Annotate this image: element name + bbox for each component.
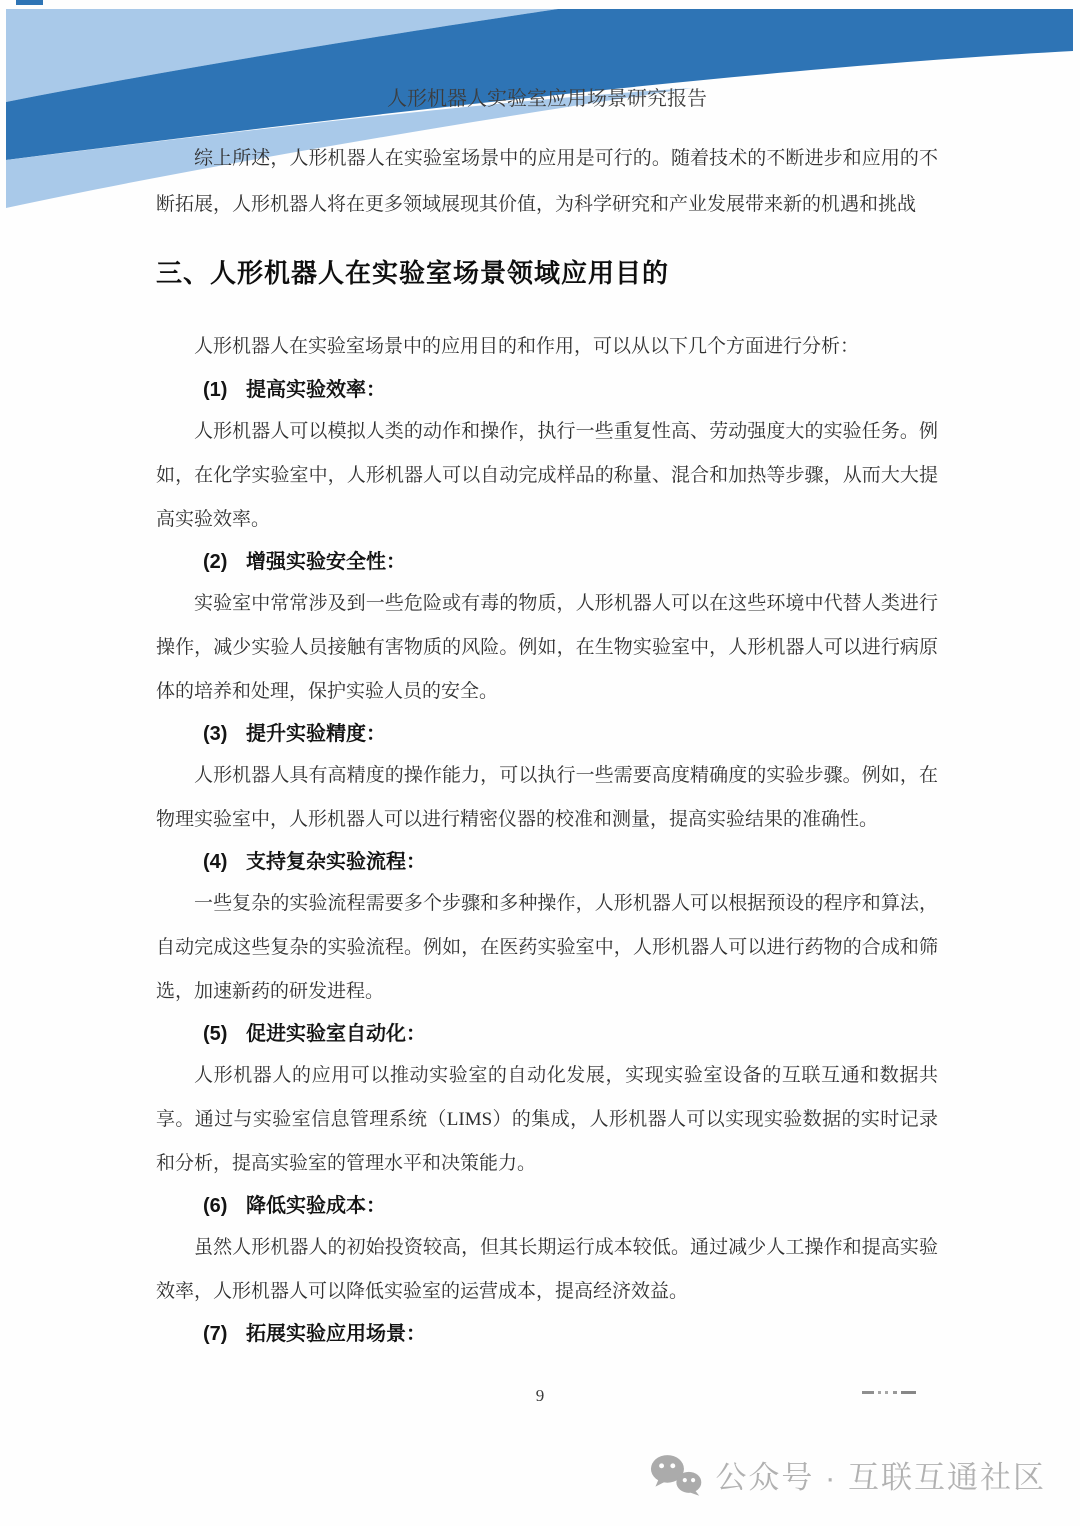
item-title: 提高实验效率： [246, 379, 386, 401]
item-3-heading: (3)提升实验精度： [203, 714, 938, 754]
item-7-heading: (7)拓展实验应用场景： [203, 1314, 938, 1354]
item-1-heading: (1)提高实验效率： [203, 370, 938, 410]
item-4-heading: (4)支持复杂实验流程： [203, 842, 938, 882]
item-title: 拓展实验应用场景： [246, 1323, 426, 1345]
item-6-body: 虽然人形机器人的初始投资较高，但其长期运行成本较低。通过减少人工操作和提高实验效… [156, 1226, 938, 1314]
item-number: (1) [203, 370, 229, 410]
item-number: (4) [203, 842, 229, 882]
list-item: (3)提升实验精度： 人形机器人具有高精度的操作能力，可以执行一些需要高度精确度… [156, 714, 938, 842]
page-number: 9 [0, 1386, 1080, 1406]
item-number: (7) [203, 1314, 229, 1354]
item-2-body: 实验室中常常涉及到一些危险或有毒的物质，人形机器人可以在这些环境中代替人类进行操… [156, 582, 938, 714]
item-6-heading: (6)降低实验成本： [203, 1186, 938, 1226]
item-number: (5) [203, 1014, 229, 1054]
list-item: (6)降低实验成本： 虽然人形机器人的初始投资较高，但其长期运行成本较低。通过减… [156, 1186, 938, 1314]
item-1-body: 人形机器人可以模拟人类的动作和操作，执行一些重复性高、劳动强度大的实验任务。例如… [156, 410, 938, 542]
page-header-title: 人形机器人实验室应用场景研究报告 [156, 84, 938, 114]
item-title: 增强实验安全性： [246, 551, 406, 573]
item-3-body: 人形机器人具有高精度的操作能力，可以执行一些需要高度精确度的实验步骤。例如，在物… [156, 754, 938, 842]
intro-paragraph: 综上所述，人形机器人在实验室场景中的应用是可行的。随着技术的不断进步和应用的不断… [156, 136, 938, 228]
item-title: 提升实验精度： [246, 723, 386, 745]
item-number: (6) [203, 1186, 229, 1226]
wechat-icon [649, 1453, 703, 1497]
item-5-heading: (5)促进实验室自动化： [203, 1014, 938, 1054]
item-title: 促进实验室自动化： [246, 1023, 426, 1045]
item-number: (3) [203, 714, 229, 754]
list-item: (7)拓展实验应用场景： [156, 1314, 938, 1354]
section-lead-paragraph: 人形机器人在实验室场景中的应用目的和作用，可以从以下几个方面进行分析： [156, 324, 938, 370]
list-item: (2)增强实验安全性： 实验室中常常涉及到一些危险或有毒的物质，人形机器人可以在… [156, 542, 938, 714]
item-title: 降低实验成本： [246, 1195, 386, 1217]
footer-brand-text: 公众号 · 互联互通社区 [715, 1452, 1046, 1497]
section-heading: 三、人形机器人在实验室场景领域应用目的 [156, 254, 938, 292]
item-5-body: 人形机器人的应用可以推动实验室的自动化发展，实现实验室设备的互联互通和数据共享。… [156, 1054, 938, 1186]
item-4-body: 一些复杂的实验流程需要多个步骤和多种操作，人形机器人可以根据预设的程序和算法，自… [156, 882, 938, 1014]
list-item: (4)支持复杂实验流程： 一些复杂的实验流程需要多个步骤和多种操作，人形机器人可… [156, 842, 938, 1014]
item-title: 支持复杂实验流程： [246, 851, 426, 873]
footer-brand: 公众号 · 互联互通社区 [649, 1452, 1046, 1497]
document-page: 人形机器人实验室应用场景研究报告 综上所述，人形机器人在实验室场景中的应用是可行… [156, 84, 938, 1354]
list-item: (1)提高实验效率： 人形机器人可以模拟人类的动作和操作，执行一些重复性高、劳动… [156, 370, 938, 542]
item-2-heading: (2)增强实验安全性： [203, 542, 938, 582]
item-number: (2) [203, 542, 229, 582]
list-item: (5)促进实验室自动化： 人形机器人的应用可以推动实验室的自动化发展，实现实验室… [156, 1014, 938, 1186]
swoosh-corner-fragment [16, 0, 43, 5]
